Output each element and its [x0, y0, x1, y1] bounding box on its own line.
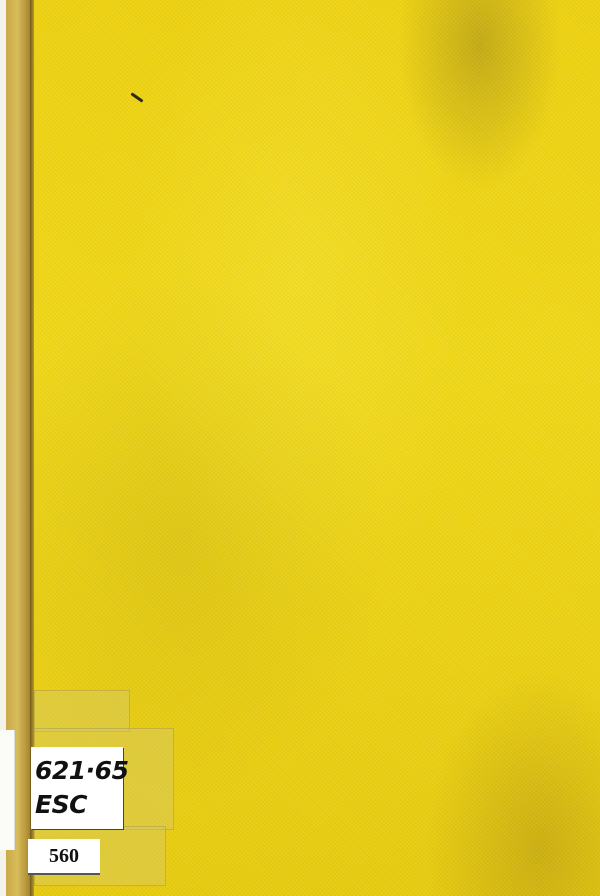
tape-strip — [34, 690, 130, 732]
accession-label: 560 — [28, 839, 100, 875]
call-number-class: 621·65 — [35, 754, 123, 788]
spine-label — [0, 730, 15, 850]
accession-number: 560 — [49, 845, 79, 868]
call-number-author: ESC — [35, 788, 123, 822]
call-number-label: 621·65 ESC — [31, 747, 123, 829]
